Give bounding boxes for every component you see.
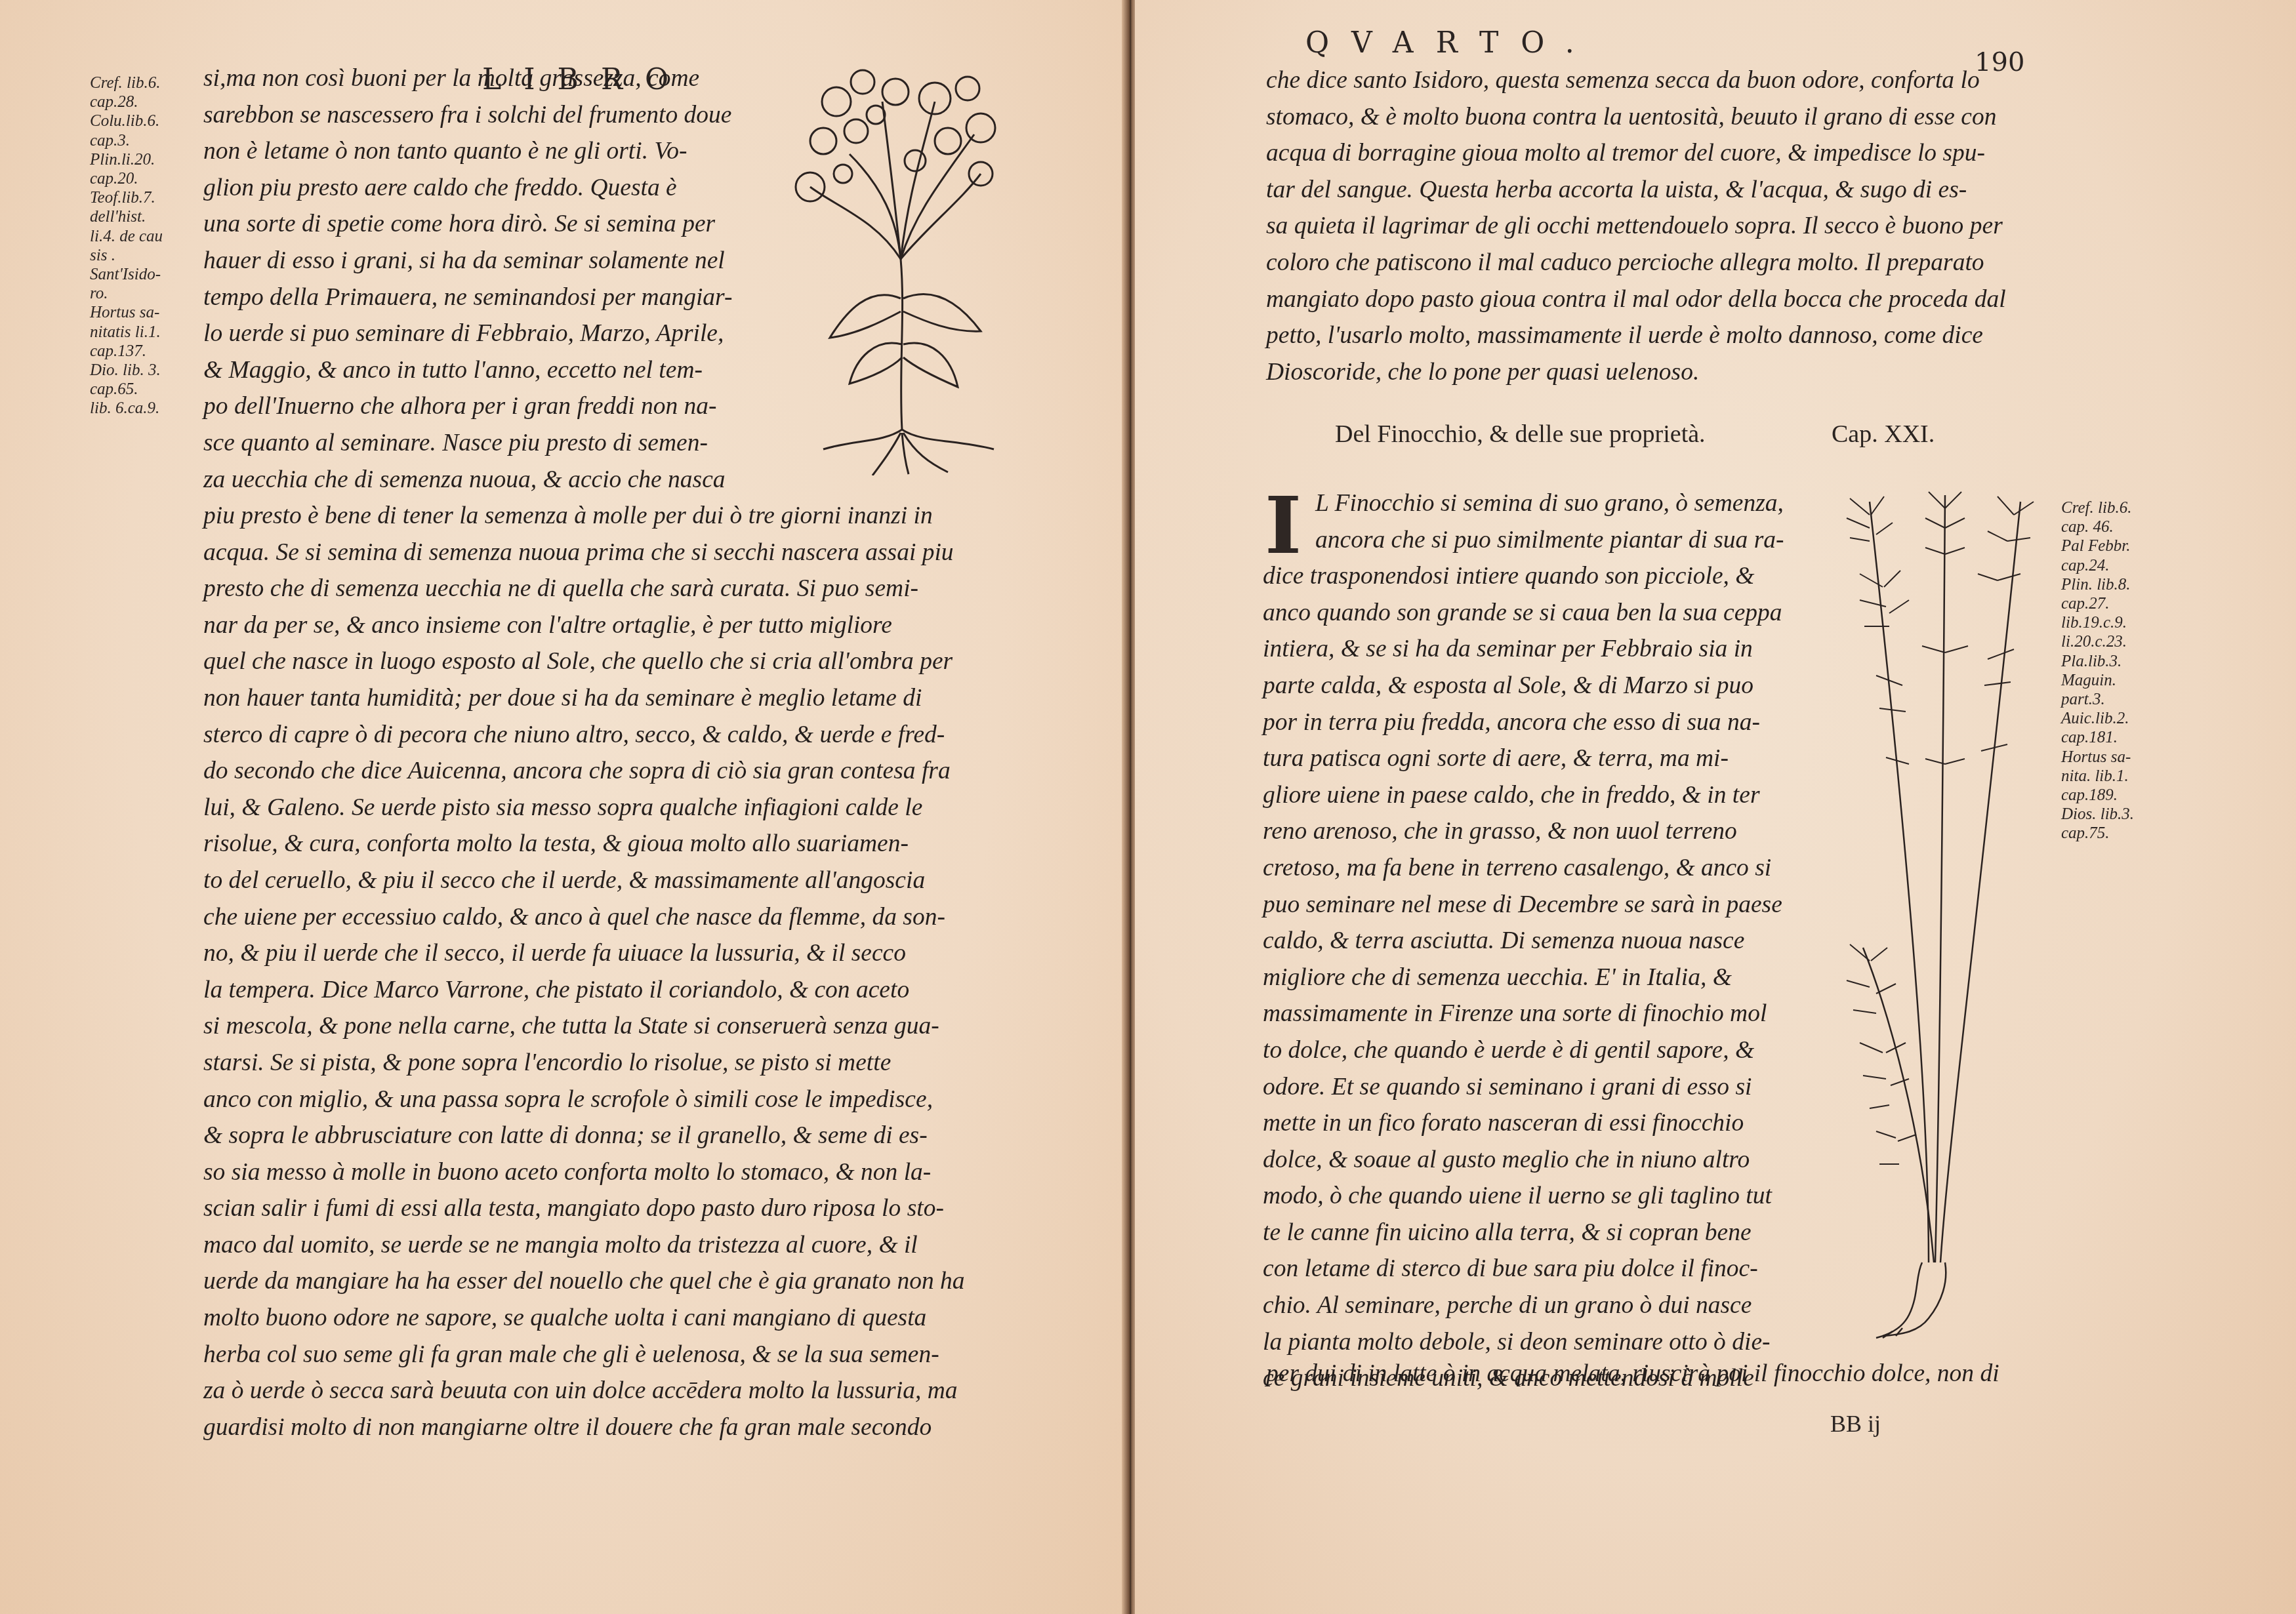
text-line: tura patisca ogni sorte di aere, & terra… (1263, 740, 1784, 777)
text-line: quel che nasce in luogo esposto al Sole,… (203, 643, 965, 680)
text-line: con letame di sterco di bue sara piu dol… (1263, 1251, 1784, 1287)
text-line: non è letame ò non tanto quanto è ne gli… (203, 133, 732, 170)
text-line: te le canne fin uicino alla terra, & si … (1263, 1215, 1784, 1251)
margin-note: cap.181. (2061, 728, 2134, 747)
text-line: L Finocchio si semina di suo grano, ò se… (1263, 485, 1784, 522)
margin-note: dell'hist. (90, 207, 163, 226)
right-margin-notes: Cref. lib.6.cap. 46.Pal Febbr.cap.24.Pli… (2061, 498, 2134, 843)
margin-note: li.20.c.23. (2061, 632, 2134, 651)
text-line: reno arenoso, che in grasso, & non uuol … (1263, 813, 1784, 850)
text-line: puo seminare nel mese di Decembre se sar… (1263, 887, 1784, 923)
text-line: intiera, & se si ha da seminar per Febbr… (1263, 631, 1784, 668)
left-text-full: piu presto è bene di tener la semenza à … (203, 498, 965, 1445)
text-line: sce quanto al seminare. Nasce piu presto… (203, 425, 732, 462)
text-line: nar da per se, & anco insieme con l'altr… (203, 607, 965, 644)
margin-note: cap. 46. (2061, 517, 2134, 536)
margin-note: cap.3. (90, 131, 163, 150)
text-line: si mescola, & pone nella carne, che tutt… (203, 1008, 965, 1045)
text-line: sarebbon se nascessero fra i solchi del … (203, 97, 732, 134)
margin-note: lib. 6.ca.9. (90, 399, 163, 418)
margin-note: Teof.lib.7. (90, 188, 163, 207)
text-line: caldo, & terra asciutta. Di semenza nuou… (1263, 923, 1784, 959)
text-line: do secondo che dice Auicenna, ancora che… (203, 753, 965, 790)
text-line: to del ceruello, & piu il secco che il u… (203, 862, 965, 899)
text-line: che uiene per eccessiuo caldo, & anco à … (203, 899, 965, 936)
text-line: chio. Al seminare, perche di un grano ò … (1263, 1287, 1784, 1324)
right-page: QVARTO. 190 che dice santo Isidoro, ques… (1135, 0, 2296, 1614)
chapter-number: Cap. XXI. (1832, 420, 1935, 449)
left-text-narrow: si,ma non così buoni per la molta grasse… (203, 60, 732, 498)
text-line: tar del sangue. Questa herba accorta la … (1266, 172, 2006, 209)
margin-note: Plin. lib.8. (2061, 575, 2134, 594)
text-line: herba col suo seme gli fa gran male che … (203, 1337, 965, 1373)
text-line: odore. Et se quando si seminano i grani … (1263, 1069, 1784, 1106)
text-line: non hauer tanta humidità; per doue si ha… (203, 680, 965, 717)
text-line: che dice santo Isidoro, questa semenza s… (1266, 62, 2006, 99)
text-line: per dui di in latte ò in acqua melata, r… (1266, 1356, 1999, 1392)
margin-note: Cref. lib.6. (2061, 498, 2134, 517)
text-line: massimamente in Firenze una sorte di fin… (1263, 996, 1784, 1032)
text-line: petto, l'usarlo molto, massimamente il u… (1266, 317, 2006, 354)
text-line: uerde da mangiare ha ha esser del nouell… (203, 1263, 965, 1300)
margin-note: Pla.lib.3. (2061, 652, 2134, 671)
margin-note: ro. (90, 284, 163, 303)
left-margin-notes: Cref. lib.6.cap.28.Colu.lib.6.cap.3.Plin… (90, 73, 163, 418)
text-line: por in terra piu fredda, ancora che esso… (1263, 704, 1784, 741)
text-line: mette in un fico forato nasceran di essi… (1263, 1105, 1784, 1142)
margin-note: cap.189. (2061, 786, 2134, 805)
margin-note: Auic.lib.2. (2061, 709, 2134, 728)
text-line: migliore che di semenza uecchia. E' in I… (1263, 959, 1784, 996)
text-line: risolue, & cura, conforta molto la testa… (203, 826, 965, 862)
text-line: dice trasponendosi intiere quando son pi… (1263, 558, 1784, 595)
text-line: lo uerde si puo seminare di Febbraio, Ma… (203, 315, 732, 352)
margin-note: nitatis li.1. (90, 323, 163, 342)
text-line: sa quieta il lagrimar de gli occhi mette… (1266, 208, 2006, 245)
margin-note: cap.75. (2061, 824, 2134, 843)
text-line: la pianta molto debole, si deon seminare… (1263, 1324, 1784, 1361)
margin-note: li.4. de cau (90, 227, 163, 246)
text-line: modo, ò che quando uiene il uerno se gli… (1263, 1178, 1784, 1215)
text-line: anco con miglio, & una passa sopra le sc… (203, 1081, 965, 1118)
text-line: acqua di borragine gioua molto al tremor… (1266, 135, 2006, 172)
margin-note: Hortus sa- (90, 303, 163, 322)
margin-note: cap.28. (90, 92, 163, 111)
text-line: hauer di esso i grani, si ha da seminar … (203, 243, 732, 279)
text-line: mangiato dopo pasto gioua contra il mal … (1266, 281, 2006, 318)
text-line: gliore uiene in paese caldo, che in fred… (1263, 777, 1784, 814)
book-spread: LIBRO Cref. lib.6.cap.28.Colu.lib.6.cap.… (0, 0, 2296, 1614)
margin-note: sis . (90, 246, 163, 265)
text-line: guardisi molto di non mangiarne oltre il… (203, 1409, 965, 1446)
text-line: no, & piu il uerde che il secco, il uerd… (203, 935, 965, 972)
margin-note: cap.24. (2061, 556, 2134, 575)
text-line: so sia messo à molle in buono aceto conf… (203, 1154, 965, 1191)
margin-note: Plin.li.20. (90, 150, 163, 169)
text-line: anco quando son grande se si caua ben la… (1263, 595, 1784, 632)
woodcut-plant-fennel-icon (1830, 489, 2053, 1341)
text-line: lui, & Galeno. Se uerde pisto sia messo … (203, 790, 965, 826)
text-line: si,ma non così buoni per la molta grasse… (203, 60, 732, 97)
margin-note: cap.27. (2061, 594, 2134, 613)
text-line: tempo della Primauera, ne seminandosi pe… (203, 279, 732, 316)
text-line: za uecchia che di semenza nuoua, & accio… (203, 462, 732, 498)
margin-note: Maguin. (2061, 671, 2134, 690)
right-text-top: che dice santo Isidoro, questa semenza s… (1266, 62, 2006, 390)
margin-note: Sant'Isido- (90, 265, 163, 284)
text-line: acqua. Se si semina di semenza nuoua pri… (203, 535, 965, 571)
text-line: molto buono odore ne sapore, se qualche … (203, 1300, 965, 1337)
margin-note: cap.137. (90, 342, 163, 361)
woodcut-plant-coriander-icon (784, 62, 1010, 475)
text-line: po dell'Inuerno che alhora per i gran fr… (203, 388, 732, 425)
signature-mark: BB ij (1830, 1410, 1881, 1438)
text-line: una sorte di spetie come hora dirò. Se s… (203, 206, 732, 243)
text-line: la tempera. Dice Marco Varrone, che pist… (203, 972, 965, 1009)
text-line: coloro che patiscono il mal caduco perci… (1266, 245, 2006, 281)
text-line: Dioscoride, che lo pone per quasi ueleno… (1266, 354, 2006, 391)
margin-note: Colu.lib.6. (90, 111, 163, 131)
left-page: LIBRO Cref. lib.6.cap.28.Colu.lib.6.cap.… (0, 0, 1125, 1614)
right-text-narrow: L Finocchio si semina di suo grano, ò se… (1263, 485, 1784, 1397)
text-line: scian salir i fumi di essi alla testa, m… (203, 1190, 965, 1227)
text-line: dolce, & soaue al gusto meglio che in ni… (1263, 1142, 1784, 1179)
text-line: presto che di semenza uecchia ne di quel… (203, 571, 965, 607)
text-line: glion piu presto aere caldo che freddo. … (203, 170, 732, 207)
margin-note: part.3. (2061, 690, 2134, 709)
text-line: za ò uerde ò secca sarà beuuta con uin d… (203, 1373, 965, 1409)
right-text-full: per dui di in latte ò in acqua melata, r… (1266, 1356, 1999, 1392)
text-line: piu presto è bene di tener la semenza à … (203, 498, 965, 535)
running-head-right: QVARTO. (1305, 26, 1597, 60)
margin-note: cap.20. (90, 169, 163, 188)
flower-clusters (796, 70, 995, 201)
margin-note: Hortus sa- (2061, 748, 2134, 767)
text-line: cretoso, ma fa bene in terreno casalengo… (1263, 850, 1784, 887)
text-line: ancora che si puo similmente piantar di … (1263, 522, 1784, 559)
margin-note: Dios. lib.3. (2061, 805, 2134, 824)
text-line: starsi. Se si pista, & pone sopra l'enco… (203, 1045, 965, 1081)
margin-note: lib.19.c.9. (2061, 613, 2134, 632)
text-line: maco dal uomito, se uerde se ne mangia m… (203, 1227, 965, 1264)
margin-note: nita. lib.1. (2061, 767, 2134, 786)
text-line: to dolce, che quando è uerde è di gentil… (1263, 1032, 1784, 1069)
chapter-title: Del Finocchio, & delle sue proprietà. (1335, 420, 1706, 449)
text-line: parte calda, & esposta al Sole, & di Mar… (1263, 668, 1784, 704)
text-line: stomaco, & è molto buona contra la uento… (1266, 99, 2006, 136)
text-line: & Maggio, & anco in tutto l'anno, eccett… (203, 352, 732, 389)
margin-note: Cref. lib.6. (90, 73, 163, 92)
text-line: sterco di capre ò di pecora che niuno al… (203, 717, 965, 754)
margin-note: Dio. lib. 3. (90, 361, 163, 380)
margin-note: cap.65. (90, 380, 163, 399)
margin-note: Pal Febbr. (2061, 536, 2134, 555)
text-line: & sopra le abbrusciature con latte di do… (203, 1118, 965, 1154)
